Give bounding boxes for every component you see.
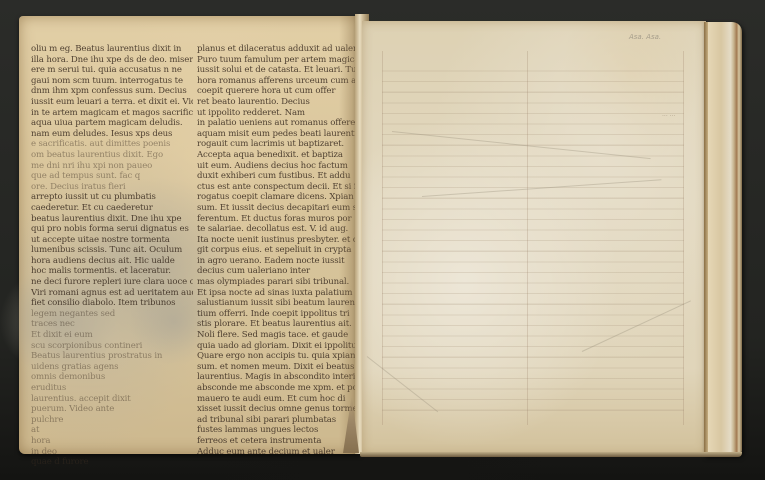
manuscript-line: in agro uerano. Eadem nocte iussit [197,256,357,267]
manuscript-line: Puro tuum famulum per artem magicam. Et [197,55,357,66]
manuscript-line: mas olympiades parari sibi tribunal. [197,277,357,288]
manuscript-line: decius cum ualeriano inter [197,266,357,277]
manuscript-line: ctus est ante conspectum decii. Et si in… [197,182,357,193]
manuscript-line: absconde me absconde me xpm. et post dum… [197,383,357,394]
manuscript-line: te salariae. decollatus est. V. id aug. [197,224,357,235]
manuscript-line: ferentum. Et ductus foras muros por [197,214,357,225]
manuscript-line: fustes lammas ungues lectos [197,425,357,436]
manuscript-line: quia uado ad gloriam. Dixit ei ippolitus… [197,341,357,352]
manuscript-line: Accepta aqua benedixit. et baptiza [197,150,357,161]
ruling-margin-line [527,51,528,425]
ruling-margin-line [683,51,684,425]
manuscript-line: Noli flere. Sed magis tace. et gaude [197,330,357,341]
manuscript-line: nam eum deludes. Iesus xps deus [31,129,193,140]
manuscript-line: laurentius. accepit dixit [31,394,193,405]
manuscript-line: fiet consilio diabolo. Item tribunos [31,298,193,309]
manuscript-line: iussit eum leuari a terra. et dixit ei. … [31,97,193,108]
manuscript-line: ret beato laurentio. Decius [197,97,357,108]
manuscript-line: aqua uiua partem magicam deludis. [31,118,193,129]
manuscript-line: uidens gratias agens [31,362,193,373]
manuscript-line: uit eum. Audiens decius hoc factum [197,161,357,172]
manuscript-line: eruditus [31,383,193,394]
margin-note: ... ... [662,111,675,118]
manuscript-line: puerum. Video ante [31,404,193,415]
manuscript-line: coepit querere hora ut cum offer [197,86,357,97]
manuscript-line: ne deci furore repleri iure clara uoce c… [31,277,193,288]
manuscript-line: e sacrificatis. aut dimittes poenis [31,139,193,150]
manuscript-line: rogatus coepit clamare dicens. Xpian [197,192,357,203]
manuscript-line: Viri romani agnus est ad ueritatem audi [31,288,193,299]
ruling-lines [382,61,684,419]
manuscript-line: aquam misit eum pedes beati laurentii [197,129,357,140]
manuscript-line: stis plorare. Et beatus laurentius ait. [197,319,357,330]
manuscript-line: Quare ergo non accipis tu. quia xpian [197,351,357,362]
text-block-fore-edge [704,22,742,456]
manuscript-line: caederetur. Et cu caederetur [31,203,193,214]
manuscript-line: planus et dilaceratus adduxit ad ualeria… [197,44,357,55]
pencil-annotation: Asa. Asa. [629,33,661,41]
manuscript-line: scu scorpionibus contineri [31,341,193,352]
manuscript-line: traces nec [31,319,193,330]
manuscript-line: sum. et nomen meum. Dixit ei beatus [197,362,357,373]
manuscript-line: gaui nom scm tuum. interrogatus te [31,76,193,87]
manuscript-line: qui pro nobis forma serui dignatus es [31,224,193,235]
manuscript-line: in palatio ueniens aut romanus offerens [197,118,357,129]
manuscript-line: Et ipsa nocte ad sinas iuxta palatium [197,288,357,299]
manuscript-line: ut accepte uitae nostre tormenta [31,235,193,246]
page-bottom-edge [360,452,742,457]
manuscript-line: iussit solui et de catasta. Et leuari. T… [197,65,357,76]
manuscript-line: tium offerri. Inde coepit ippolitus tri [197,309,357,320]
manuscript-line: Adduc eum ante decium et ualer [197,447,357,458]
manuscript-line: om beatus laurentius dixit. Ego [31,150,193,161]
manuscript-line: ore. Decius iratus fieri [31,182,193,193]
manuscript-line: xisset iussit decius omne genus tormento… [197,404,357,415]
manuscript-line: in te artem magicam et magos sacrificas [31,108,193,119]
manuscript-line: git corpus eius. et sepeliuit in crypta [197,245,357,256]
manuscript-line: in deo [31,447,193,458]
manuscript-line: illa hora. Dne ihu xpe ds de deo. miser [31,55,193,66]
manuscript-line: at [31,425,193,436]
text-column-right: planus et dilaceratus adduxit ad ualeria… [197,44,357,457]
manuscript-line: sum. Et iussit decius decapitari eum sub [197,203,357,214]
text-column-left: oliu m eg. Beatus laurentius dixit inill… [31,44,193,468]
manuscript-line: omnis demonibus [31,372,193,383]
manuscript-line: quae d furore [31,457,193,468]
manuscript-line: laurentius. Magis in abscondito interior… [197,372,357,383]
manuscript-line: mauero te audi eum. Et cum hoc di [197,394,357,405]
manuscript-line: Et dixit ei eum [31,330,193,341]
manuscript-line: beatus laurentius dixit. Dne ihu xpe [31,214,193,225]
manuscript-line: me dni nri ihu xpi non paueo [31,161,193,172]
manuscript-line: ut ippolito redderet. Nam [197,108,357,119]
manuscript-line: arrepto iussit ut cu plumbatis [31,192,193,203]
manuscript-line: ferreos et cetera instrumenta [197,436,357,447]
manuscript-line: ere m serui tui. quia accusatus n ne [31,65,193,76]
manuscript-line: hoc malis tormentis. et laceratur. [31,266,193,277]
right-page-blank: Asa. Asa. ... ... [362,21,706,455]
manuscript-line: que ad tempus sunt. fac q [31,171,193,182]
manuscript-line: hora [31,436,193,447]
manuscript-line: legem negantes sed [31,309,193,320]
manuscript-line: oliu m eg. Beatus laurentius dixit in [31,44,193,55]
manuscript-line: rogauit cum lacrimis ut baptizaret. [197,139,357,150]
manuscript-line: lumenibus scissis. Tunc ait. Oculum [31,245,193,256]
left-page: oliu m eg. Beatus laurentius dixit inill… [19,16,361,454]
manuscript-line: salustianum iussit sibi beatum lauren [197,298,357,309]
manuscript-line: hora audiens decius ait. Hic ualde [31,256,193,267]
manuscript-line: duxit exhiberi cum fustibus. Et addu [197,171,357,182]
manuscript-line: Ita nocte uenit iustinus presbyter. et c… [197,235,357,246]
manuscript-line: ad tribunal sibi parari plumbatas [197,415,357,426]
manuscript-line: hora romanus afferens urceum cum aqua. [197,76,357,87]
manuscript-line: pulchre [31,415,193,426]
manuscript-line: dnm ihm xpm confessus sum. Decius [31,86,193,97]
manuscript-line: Beatus laurentius prostratus in [31,351,193,362]
